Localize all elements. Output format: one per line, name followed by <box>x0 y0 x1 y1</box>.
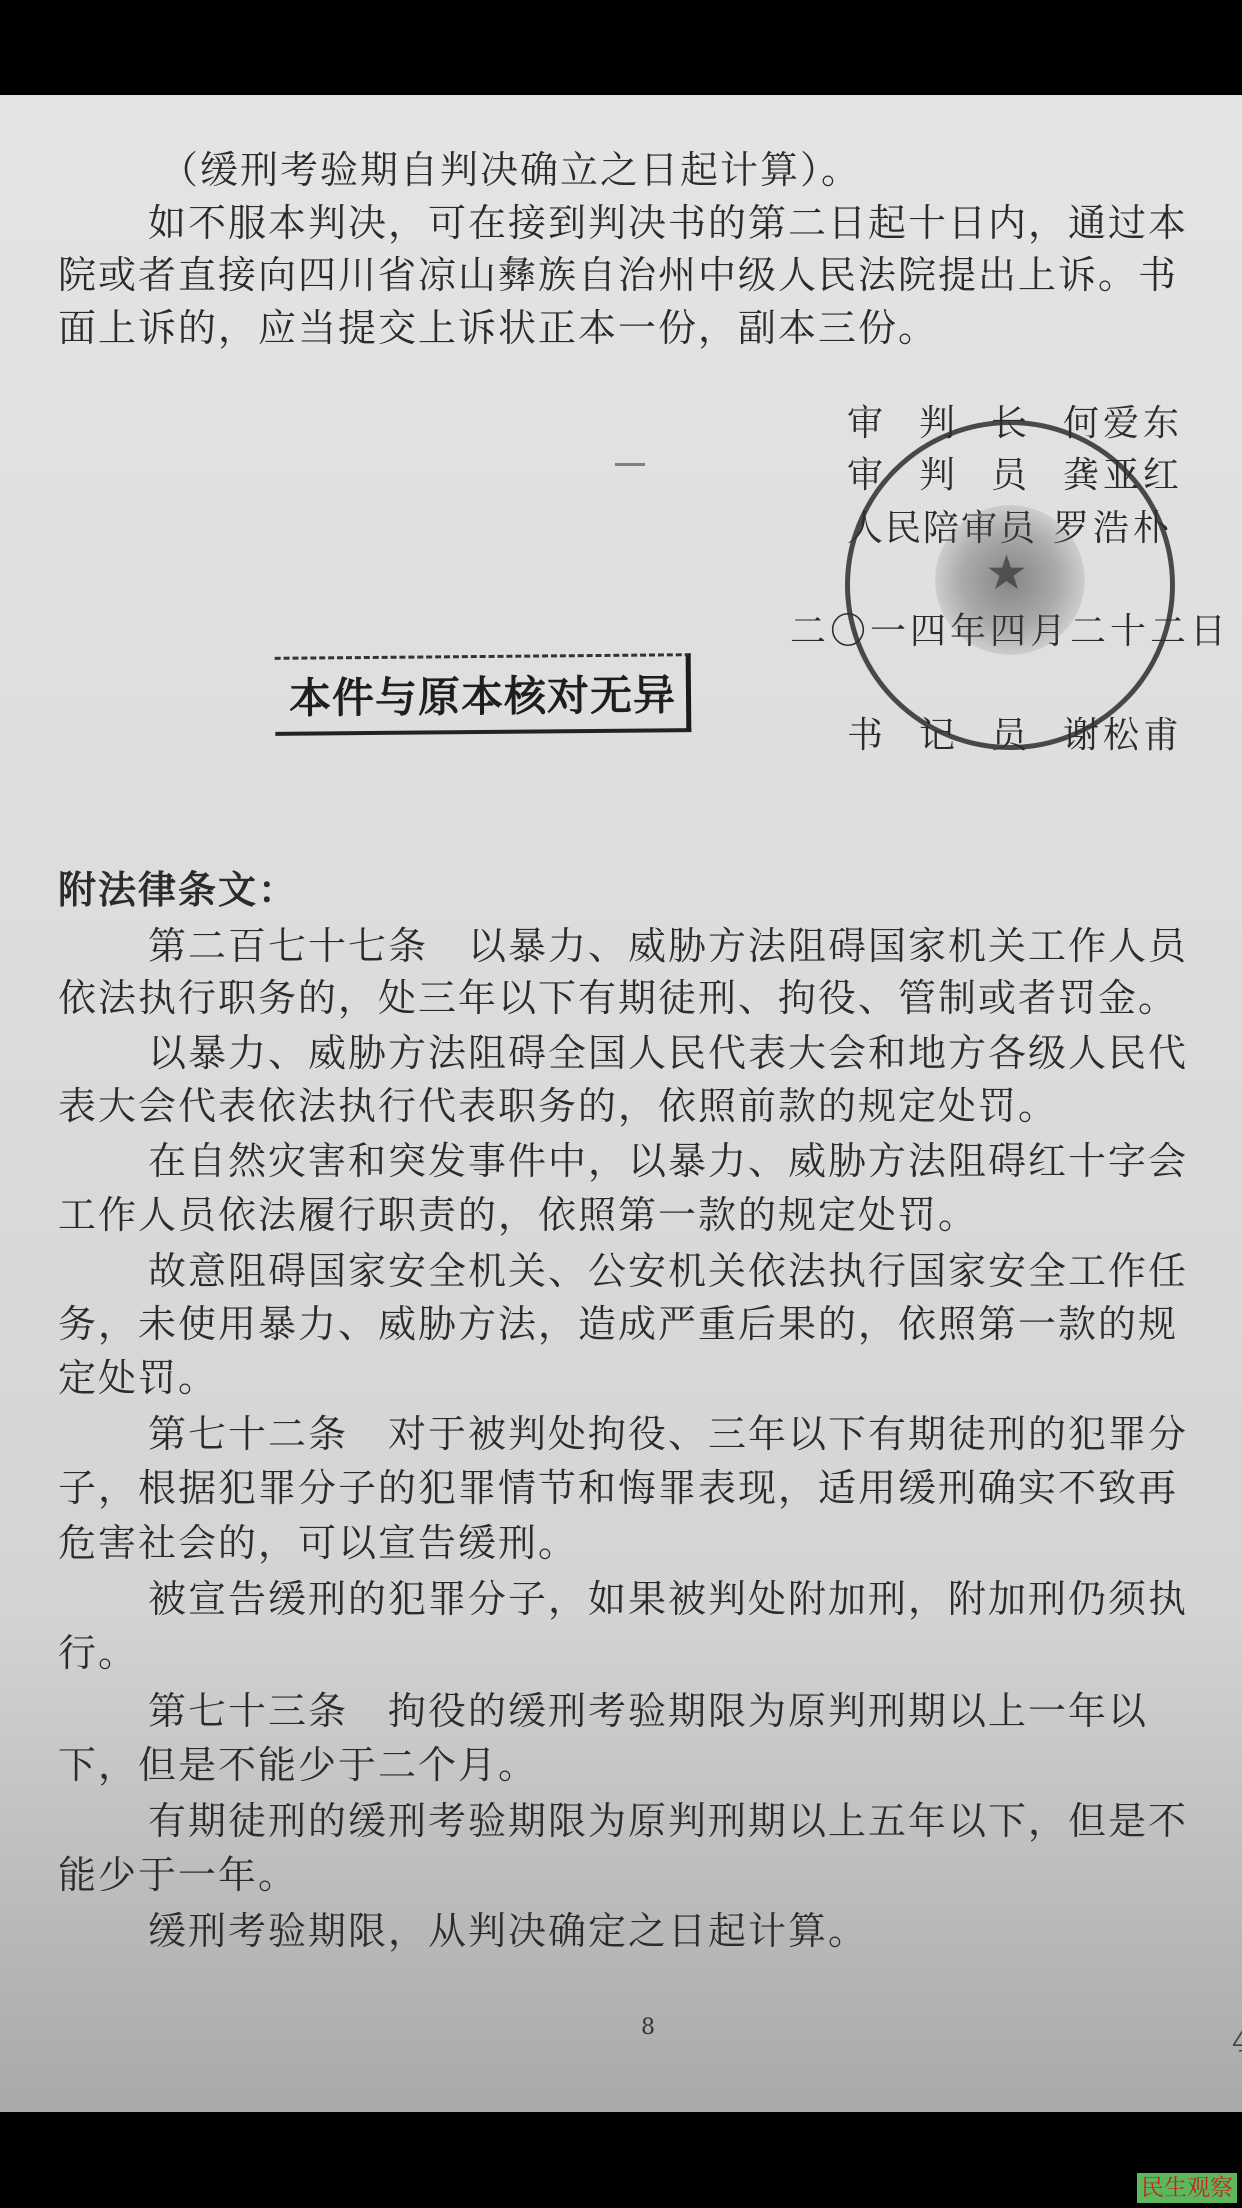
text-line: 院或者直接向四川省凉山彝族自治州中级人民法院提出上诉。书 <box>58 252 1178 298</box>
scan-mark <box>615 463 645 466</box>
text-line: 下，但是不能少于二个月。 <box>58 1742 538 1788</box>
top-black-bar <box>0 0 1242 95</box>
text-line: 面上诉的，应当提交上诉状正本一份，副本三份。 <box>58 305 938 351</box>
text-line: 故意阻碍国家安全机关、公安机关依法执行国家安全工作任 <box>148 1248 1188 1294</box>
text-line: 子，根据犯罪分子的犯罪情节和悔罪表现，适用缓刑确实不致再 <box>58 1465 1178 1511</box>
text-line: 以暴力、威胁方法阻碍全国人民代表大会和地方各级人民代 <box>148 1030 1188 1076</box>
text-line: 在自然灾害和突发事件中，以暴力、威胁方法阻碍红十字会 <box>148 1138 1188 1184</box>
text-line: 如不服本判决，可在接到判决书的第二日起十日内，通过本 <box>148 200 1188 246</box>
star-icon: ★ <box>985 545 1028 601</box>
text-line: 定处罚。 <box>58 1355 218 1401</box>
text-line: 表大会代表依法执行代表职务的，依照前款的规定处罚。 <box>58 1083 1058 1129</box>
text-line: 能少于一年。 <box>58 1852 298 1898</box>
text-line: 依法执行职务的，处三年以下有期徒刑、拘役、管制或者罚金。 <box>58 975 1178 1021</box>
page-number: 8 <box>641 2015 655 2040</box>
text-line: 有期徒刑的缓刑考验期限为原判刑期以上五年以下，但是不 <box>148 1798 1188 1844</box>
appendix-title: 附法律条文： <box>58 867 298 913</box>
text-line: 第七十三条 拘役的缓刑考验期限为原判刑期以上一年以 <box>148 1688 1148 1734</box>
bottom-black-bar <box>0 2113 1242 2208</box>
text-line: （缓刑考验期自判决确立之日起计算）。 <box>160 147 861 193</box>
text-line: 行。 <box>58 1630 138 1676</box>
text-line: 第七十二条 对于被判处拘役、三年以下有期徒刑的犯罪分 <box>148 1411 1188 1457</box>
edge-number: 4 <box>1232 2025 1242 2060</box>
document-page: （缓刑考验期自判决确立之日起计算）。 如不服本判决，可在接到判决书的第二日起十日… <box>0 95 1242 2112</box>
text-line: 危害社会的，可以宣告缓刑。 <box>58 1520 578 1566</box>
text-line: 缓刑考验期限，从判决确定之日起计算。 <box>148 1908 868 1954</box>
text-line: 工作人员依法履行职责的，依照第一款的规定处罚。 <box>58 1192 978 1238</box>
verification-stamp: 本件与原本核对无异 <box>275 653 692 736</box>
text-line: 务，未使用暴力、威胁方法，造成严重后果的，依照第一款的规 <box>58 1301 1178 1347</box>
watermark-badge: 民生观察 <box>1137 2173 1237 2203</box>
text-line: 第二百七十七条 以暴力、威胁方法阻碍国家机关工作人员 <box>148 923 1188 969</box>
text-line: 被宣告缓刑的犯罪分子，如果被判处附加刑，附加刑仍须执 <box>148 1576 1188 1622</box>
